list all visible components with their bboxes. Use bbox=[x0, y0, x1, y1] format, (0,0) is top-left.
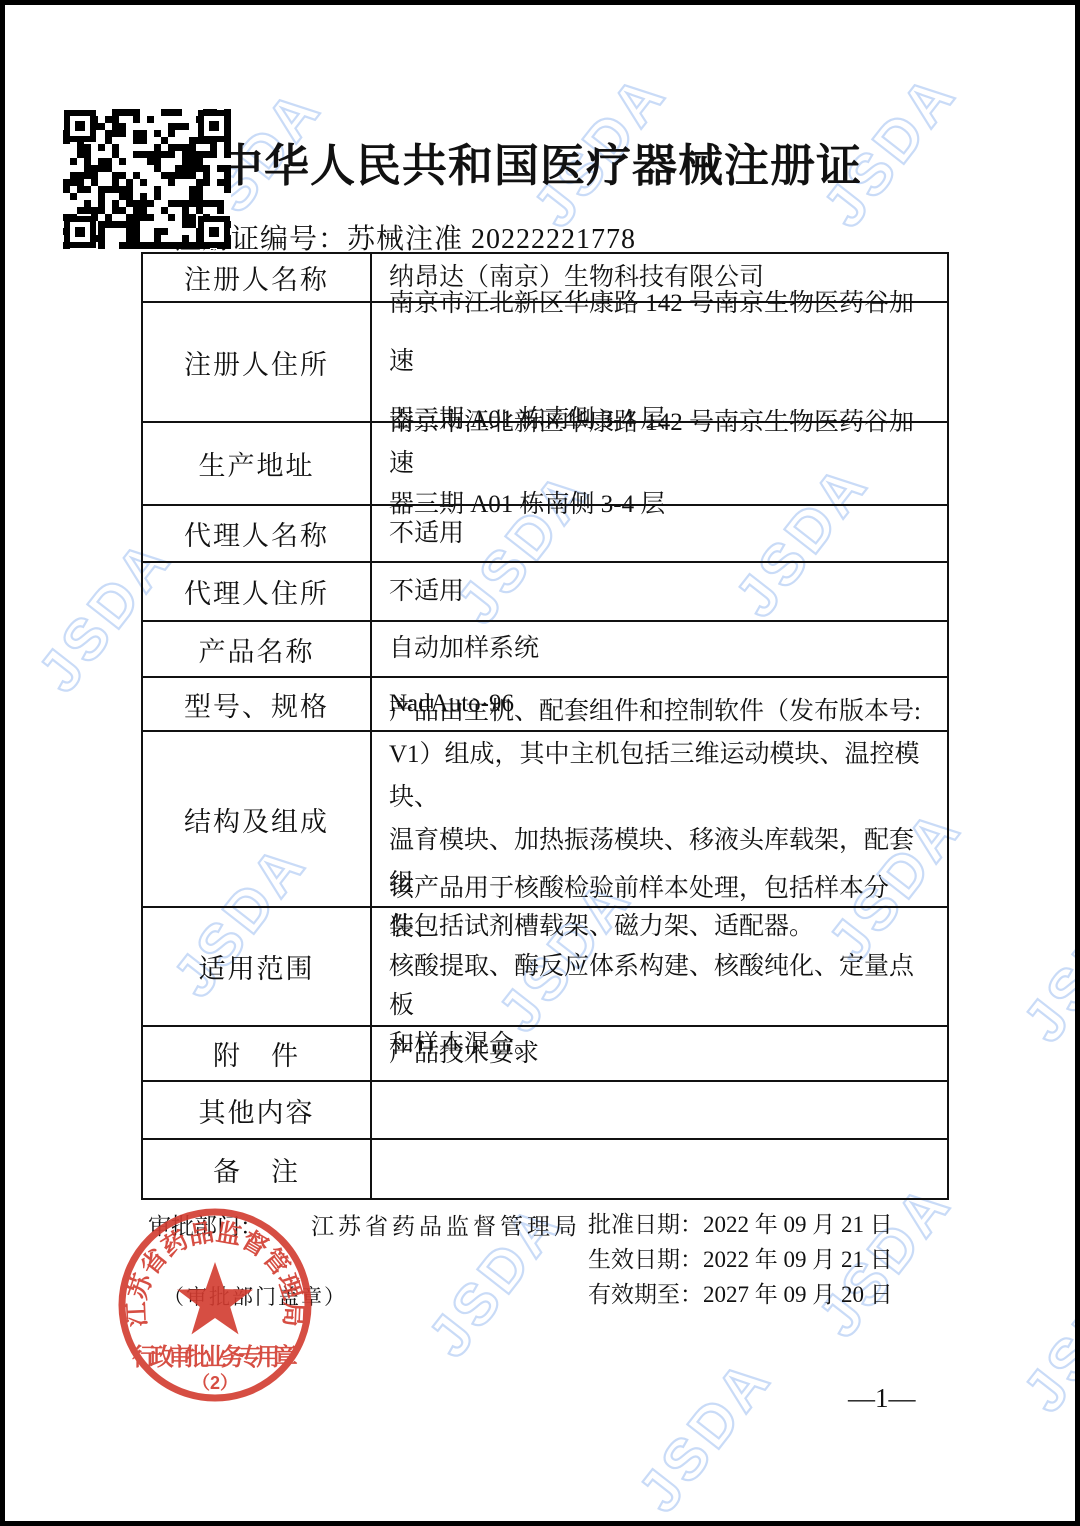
stamp-bottom-text: 行政审批业务专用章 bbox=[132, 1343, 298, 1371]
table-row: 其他内容 bbox=[143, 1082, 947, 1140]
page-number: —1— bbox=[848, 1383, 916, 1414]
approval-date-value: 2022 年 09 月 21 日 bbox=[703, 1212, 893, 1237]
approval-department-value: 江苏省药品监督管理局 bbox=[311, 1214, 581, 1239]
table-row: 生产地址南京市江北新区华康路 142 号南京生物医药谷加速 器三期 A01 栋南… bbox=[143, 423, 947, 506]
expiry-date-value: 2027 年 09 月 20 日 bbox=[703, 1282, 893, 1307]
row-label: 代理人名称 bbox=[143, 506, 372, 561]
table-row: 适用范围该产品用于核酸检验前样本处理，包括样本分装、 核酸提取、酶反应体系构建、… bbox=[143, 908, 947, 1027]
row-value: 不适用 bbox=[372, 506, 947, 561]
table-row: 产品名称自动加样系统 bbox=[143, 622, 947, 678]
row-label: 生产地址 bbox=[143, 423, 372, 504]
row-label: 代理人住所 bbox=[143, 563, 372, 620]
row-value: 南京市江北新区华康路 142 号南京生物医药谷加速 器三期 A01 栋南侧 3-… bbox=[372, 423, 947, 504]
qr-code bbox=[62, 109, 232, 249]
row-value bbox=[372, 1082, 947, 1138]
table-row: 备 注 bbox=[143, 1140, 947, 1198]
stamp-number: （2） bbox=[192, 1373, 238, 1393]
watermark: JSDA bbox=[1010, 1246, 1080, 1425]
certificate-page: JSDA JSDA JSDA JSDA JSDA JSDA JSDA JSDA … bbox=[0, 0, 1080, 1526]
effective-date-value: 2022 年 09 月 21 日 bbox=[703, 1247, 893, 1272]
approval-date-line: 批准日期：2022 年 09 月 21 日 bbox=[588, 1207, 893, 1242]
registration-number-line: 注册证编号：苏械注准 20222221778 bbox=[173, 217, 636, 257]
watermark: JSDA bbox=[625, 1346, 785, 1525]
expiry-date-label: 有效期至： bbox=[588, 1282, 703, 1307]
registration-number: 苏械注准 20222221778 bbox=[347, 224, 636, 255]
row-label: 注册人名称 bbox=[143, 254, 372, 301]
table-row: 代理人住所不适用 bbox=[143, 563, 947, 622]
row-label: 型号、规格 bbox=[143, 678, 372, 730]
row-label: 注册人住所 bbox=[143, 303, 372, 421]
expiry-date-line: 有效期至：2027 年 09 月 20 日 bbox=[588, 1277, 893, 1312]
approval-date-label: 批准日期： bbox=[588, 1212, 703, 1237]
effective-date-line: 生效日期：2022 年 09 月 21 日 bbox=[588, 1242, 893, 1277]
row-value: 该产品用于核酸检验前样本处理，包括样本分装、 核酸提取、酶反应体系构建、核酸纯化… bbox=[372, 908, 947, 1025]
watermark: JSDA bbox=[1010, 876, 1080, 1055]
row-label: 附 件 bbox=[143, 1027, 372, 1080]
row-label: 其他内容 bbox=[143, 1082, 372, 1138]
official-stamp: 江苏省药品监督管理局 行政审批业务专用章 （2） bbox=[115, 1205, 315, 1405]
row-value: 不适用 bbox=[372, 563, 947, 620]
certificate-table: 注册人名称纳昂达（南京）生物科技有限公司 注册人住所南京市江北新区华康路 142… bbox=[141, 252, 949, 1200]
stamp-star bbox=[177, 1262, 253, 1334]
row-value: 产品技术要求 bbox=[372, 1027, 947, 1080]
row-value: 自动加样系统 bbox=[372, 622, 947, 676]
table-row: 附 件产品技术要求 bbox=[143, 1027, 947, 1082]
table-row: 代理人名称不适用 bbox=[143, 506, 947, 563]
effective-date-label: 生效日期： bbox=[588, 1247, 703, 1272]
row-label: 结构及组成 bbox=[143, 732, 372, 906]
row-label: 备 注 bbox=[143, 1140, 372, 1198]
dates-block: 批准日期：2022 年 09 月 21 日 生效日期：2022 年 09 月 2… bbox=[588, 1207, 893, 1312]
row-value bbox=[372, 1140, 947, 1198]
row-label: 适用范围 bbox=[143, 908, 372, 1025]
row-label: 产品名称 bbox=[143, 622, 372, 676]
